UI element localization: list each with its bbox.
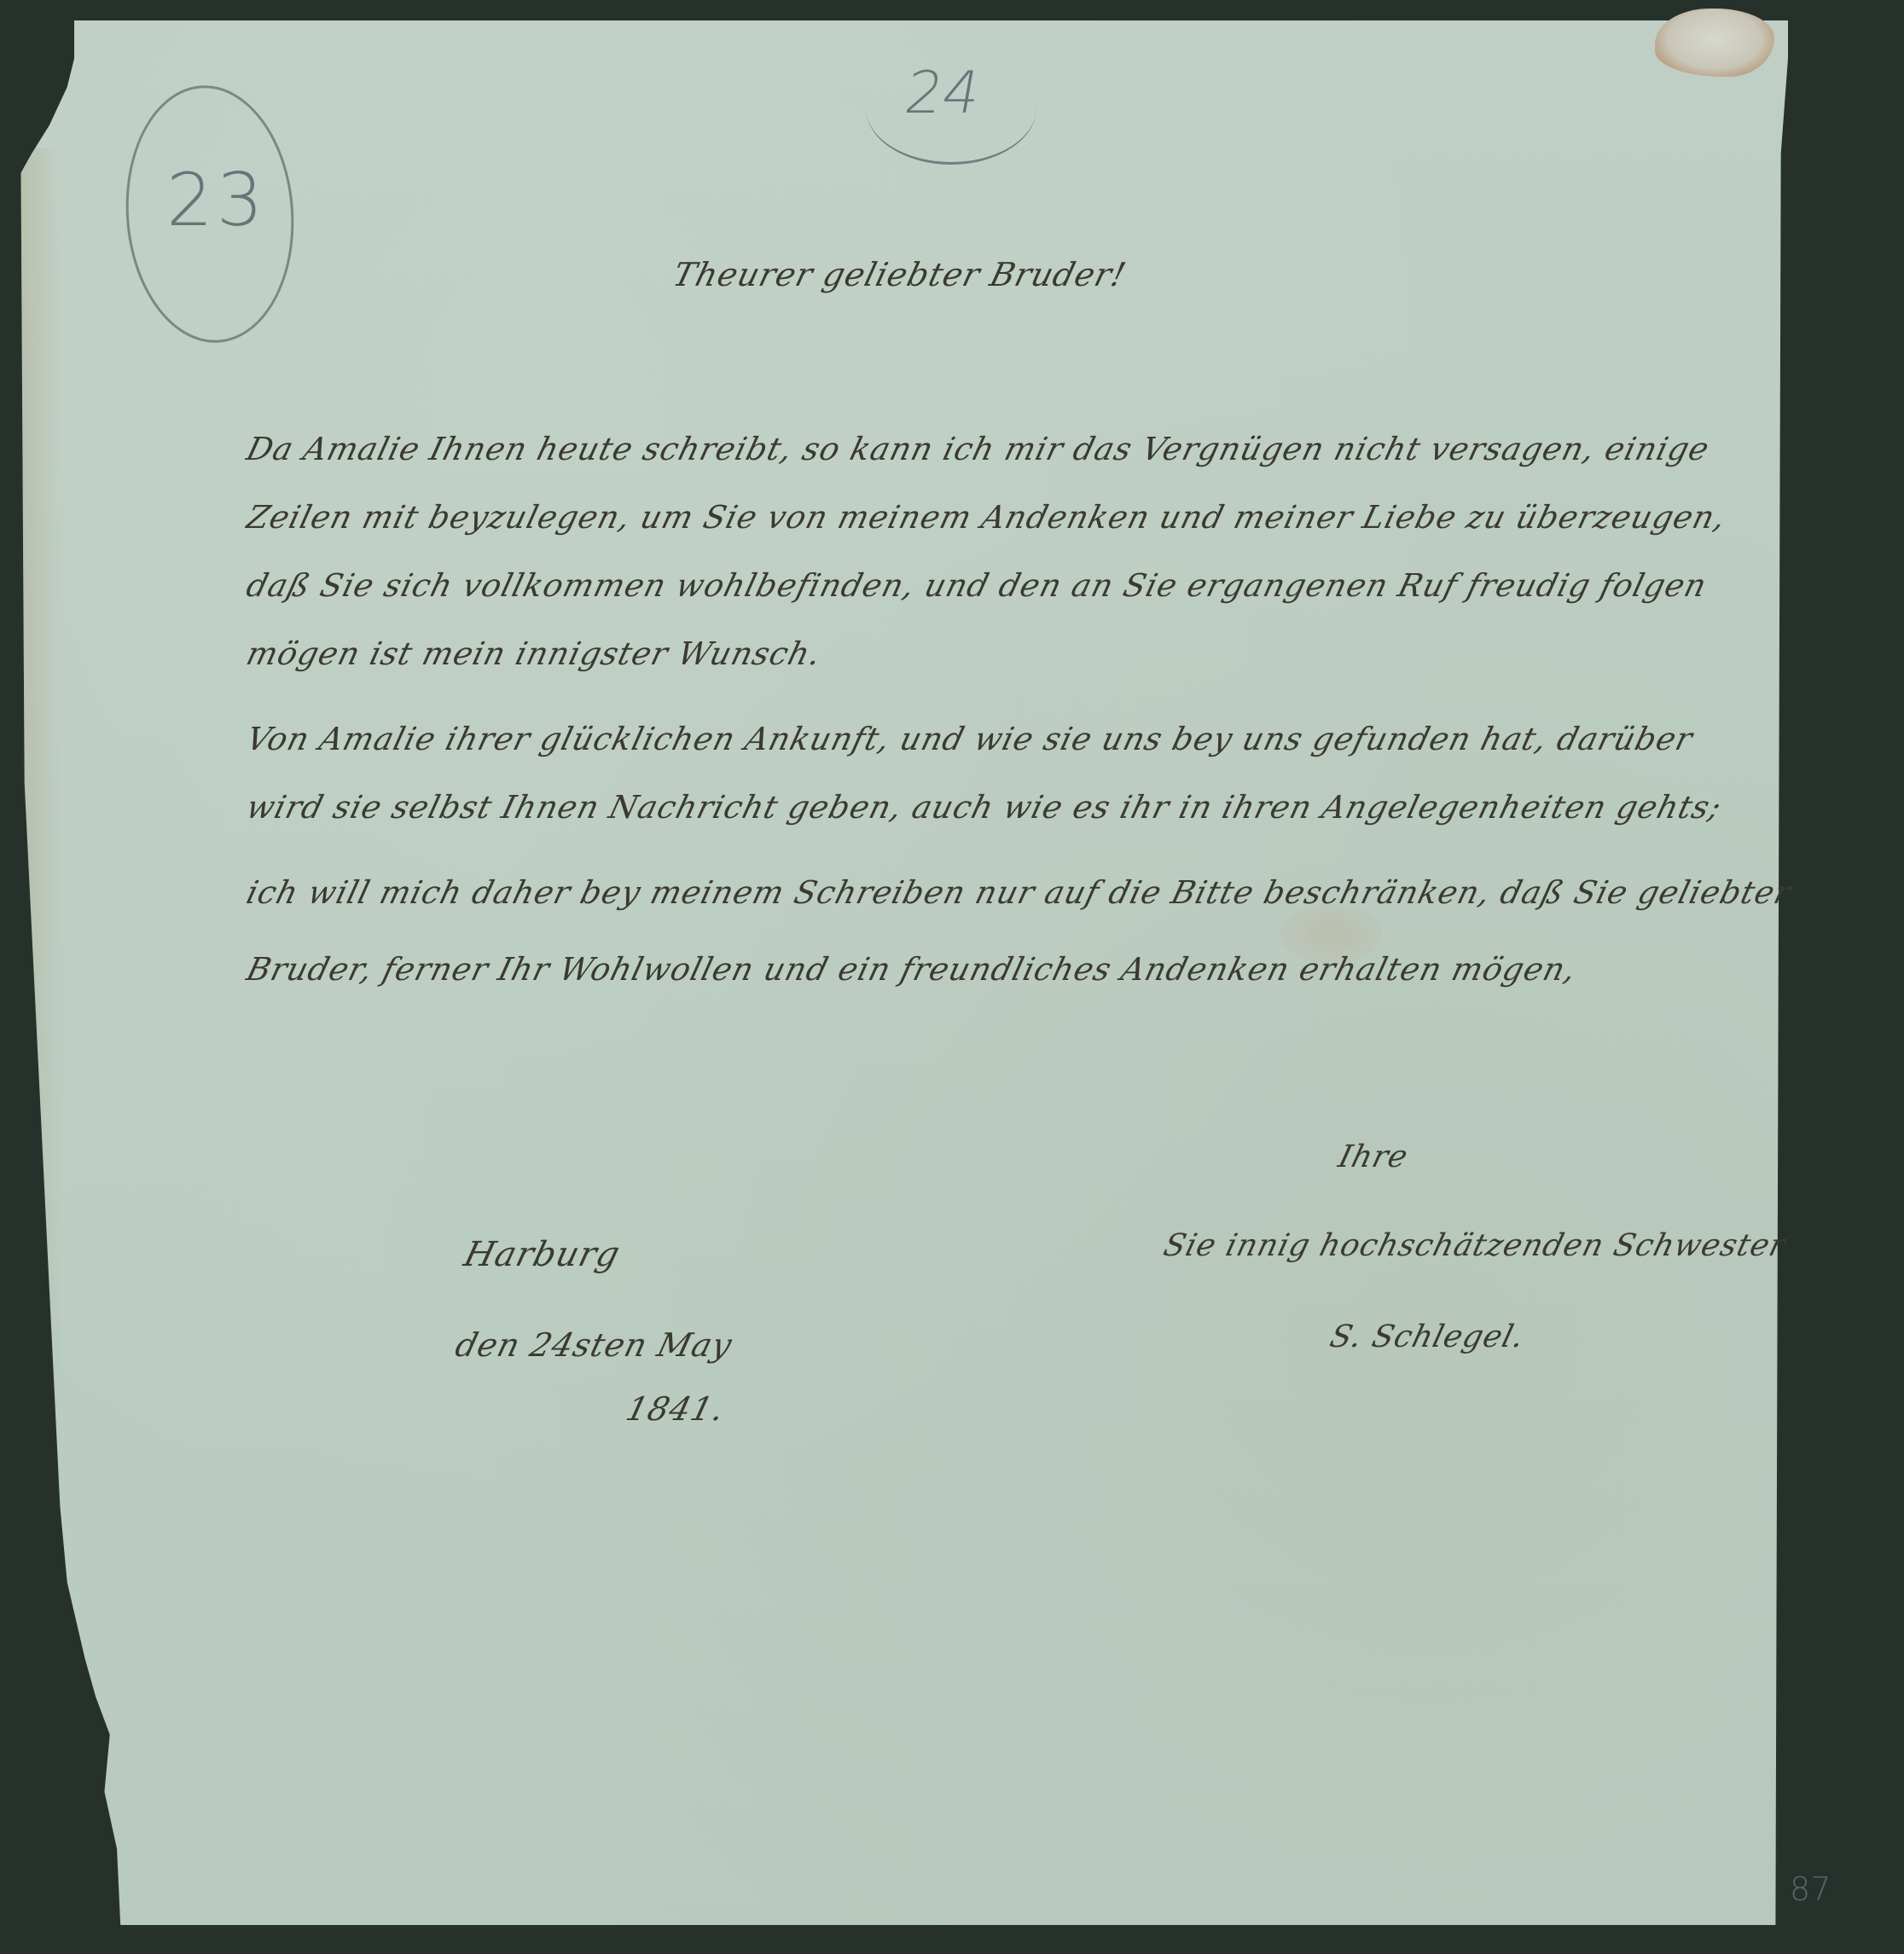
- signature-name: S. Schlegel.: [1326, 1319, 1529, 1354]
- body-line: daß Sie sich vollkommen wohlbefinden, un…: [243, 567, 1848, 604]
- body-line: mögen ist mein innigster Wunsch.: [243, 635, 1848, 672]
- edge-stain: [10, 148, 61, 1752]
- body-line: wird sie selbst Ihnen Nachricht geben, a…: [243, 789, 1848, 826]
- archive-number-circled: 23: [166, 158, 266, 243]
- body-line: ich will mich daher bey meinem Schreiben…: [243, 874, 1848, 911]
- folio-number: 87: [1790, 1870, 1831, 1908]
- body-line: Da Amalie Ihnen heute schreibt, so kann …: [243, 431, 1848, 467]
- archive-number-top: 24: [900, 60, 985, 127]
- date-line: den 24sten May: [452, 1326, 737, 1364]
- body-line: Zeilen mit beyzulegen, um Sie von meinem…: [243, 499, 1848, 536]
- date-year: 1841.: [623, 1390, 729, 1428]
- body-line: Bruder, ferner Ihr Wohlwollen und ein fr…: [243, 951, 1848, 988]
- body-line: Von Amalie ihrer glücklichen Ankunft, un…: [243, 721, 1848, 757]
- document-scan: 23 24 87 Theurer geliebter Bruder! Da Am…: [0, 0, 1904, 1954]
- salutation: Theurer geliebter Bruder!: [670, 256, 1130, 293]
- place-name: Harburg: [460, 1235, 624, 1274]
- closing-yours: Ihre: [1335, 1139, 1412, 1174]
- paper-damage-top-right: [1655, 9, 1774, 77]
- signature-phrase: Sie innig hochschätzenden Schwester: [1160, 1228, 1790, 1263]
